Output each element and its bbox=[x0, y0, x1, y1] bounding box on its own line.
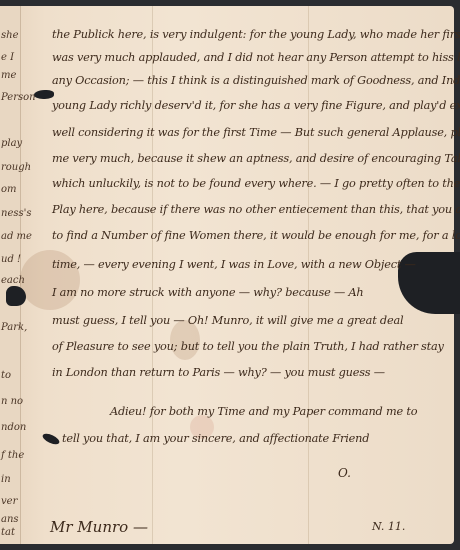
letter-line: Adieu! for both my Time and my Paper com… bbox=[110, 405, 417, 418]
letter-line: must guess, I tell you — Oh! Munro, it w… bbox=[52, 314, 403, 327]
paper-hole bbox=[34, 90, 54, 99]
margin-fragment: ndon bbox=[1, 422, 26, 433]
letter-line: time, — every evening I went, I was in L… bbox=[52, 258, 416, 271]
margin-fragment: in bbox=[1, 474, 11, 485]
margin-fragment: play bbox=[1, 138, 22, 149]
letter-line: Play here, because if there was no other… bbox=[52, 203, 460, 216]
letter-line: tell you that, I am your sincere, and af… bbox=[62, 432, 369, 445]
margin-fragment: ver bbox=[1, 496, 17, 507]
letter-line: young Lady richly deserv'd it, for she h… bbox=[52, 99, 460, 112]
margin-fragment: ud ! bbox=[1, 254, 21, 265]
letter-line: of Pleasure to see you; but to tell you … bbox=[52, 340, 444, 353]
letter-line: which unluckily, is not to be found ever… bbox=[52, 177, 460, 190]
letter-line: to find a Number of fine Women there, it… bbox=[52, 229, 460, 242]
addressee: Mr Munro — bbox=[50, 518, 148, 536]
margin-fragment: me bbox=[1, 70, 16, 81]
margin-fragment: n no bbox=[1, 396, 23, 407]
margin-fragment: om bbox=[1, 184, 17, 195]
margin-fragment: rough bbox=[1, 162, 31, 173]
margin-fragment: f the bbox=[1, 450, 24, 461]
letter-line: the Publick here, is very indulgent: for… bbox=[52, 28, 460, 41]
letter-line: I am no more struck with anyone — why? b… bbox=[52, 286, 363, 299]
letter-line: was very much applauded, and I did not h… bbox=[52, 51, 460, 64]
letter-line: any Occasion; — this I think is a distin… bbox=[52, 74, 460, 87]
margin-fragment: Person bbox=[1, 92, 36, 103]
margin-fragment: each bbox=[1, 275, 25, 286]
paper-hole bbox=[6, 286, 26, 306]
letter-line: in London than return to Paris — why? — … bbox=[52, 366, 385, 379]
signature: O. bbox=[338, 466, 351, 480]
page-number: N. 11. bbox=[372, 520, 405, 533]
margin-fragment: ad me bbox=[1, 231, 32, 242]
margin-fragment: Park, bbox=[1, 322, 27, 333]
margin-fragment: she bbox=[1, 30, 19, 41]
margin-fragment: ans bbox=[1, 514, 19, 525]
letter-line: me very much, because it shew an aptness… bbox=[52, 152, 460, 165]
margin-fragment: ness's bbox=[1, 208, 32, 219]
margin-fragment: tat bbox=[1, 527, 15, 538]
margin-fragment: e I bbox=[1, 52, 14, 63]
letter-line: well considering it was for the first Ti… bbox=[52, 126, 460, 139]
margin-fragment: to bbox=[1, 370, 11, 381]
